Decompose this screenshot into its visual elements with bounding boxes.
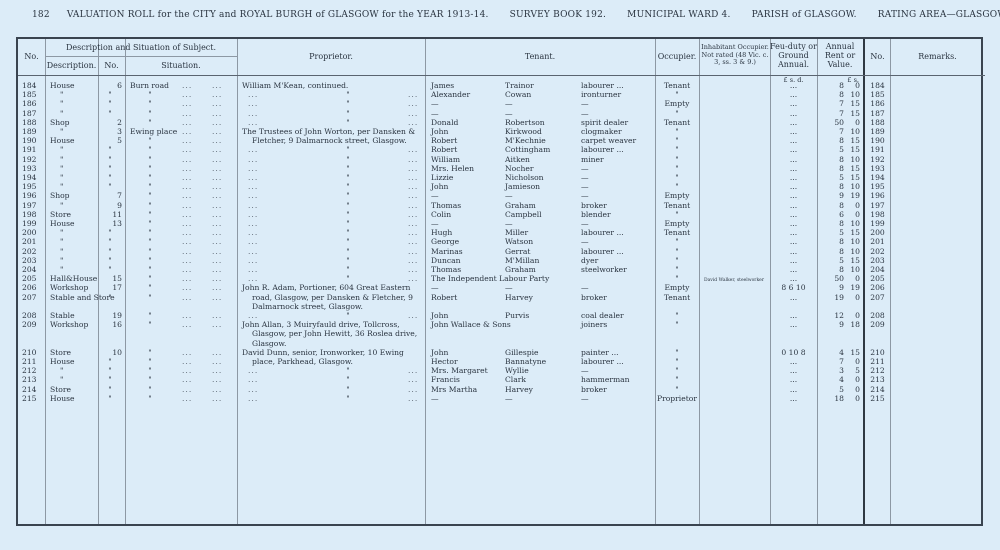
row-number: 201 — [22, 237, 42, 246]
row-number: 190 — [22, 136, 42, 145]
leader-dots: ... — [408, 274, 418, 283]
proprietor-line: John R. Adam, Portioner, 604 Great Easte… — [242, 283, 410, 292]
tenant-surname: Campbell — [505, 210, 542, 219]
tenant-first-name: Lizzie — [431, 173, 453, 182]
proprietor-ditto: " — [338, 201, 358, 210]
rent-shillings: 10 — [844, 237, 860, 246]
rent-shillings: 10 — [844, 155, 860, 164]
street-number: 10 — [98, 348, 122, 357]
feu-duty: ... — [770, 366, 817, 375]
leader-dots: ... — [182, 127, 192, 136]
street-number: " — [98, 155, 122, 164]
feu-duty: ... — [770, 385, 817, 394]
tenant-occupation: — — [581, 219, 589, 228]
street-number: " — [98, 293, 122, 302]
leader-dots: ... — [248, 237, 258, 246]
rent-pounds: 5 — [817, 145, 844, 154]
table-row: 195"""........."...JohnJamieson—"...8101… — [18, 182, 985, 191]
occupier-status: " — [655, 247, 699, 256]
street-number: 9 — [98, 201, 122, 210]
occupier-status: " — [655, 256, 699, 265]
proprietor-ditto: " — [338, 210, 358, 219]
leader-dots: ... — [248, 164, 258, 173]
leader-dots: ... — [182, 320, 192, 329]
rent-pounds: 12 — [817, 311, 844, 320]
leader-dots: ... — [212, 247, 222, 256]
situation: " — [130, 237, 170, 246]
street-number: " — [98, 173, 122, 182]
leader-dots: ... — [248, 99, 258, 108]
leader-dots: ... — [182, 394, 192, 403]
row-number: 214 — [22, 385, 42, 394]
feu-duty: ... — [770, 90, 817, 99]
tenant-surname: Gerrat — [505, 247, 530, 256]
row-number-right: 208 — [865, 311, 890, 320]
occupier-status: " — [655, 274, 699, 283]
leader-dots: ... — [248, 173, 258, 182]
description: " — [50, 109, 98, 118]
leader-dots: ... — [212, 228, 222, 237]
tenant-occupation: labourer ... — [581, 81, 624, 90]
occupier-status: " — [655, 182, 699, 191]
rent-pounds: 3 — [817, 366, 844, 375]
row-number-right: 210 — [865, 348, 890, 357]
tenant-surname: Nocher — [505, 164, 533, 173]
tenant-surname: — — [505, 219, 513, 228]
row-number-right: 202 — [865, 247, 890, 256]
row-number-right: 184 — [865, 81, 890, 90]
row-number: 192 — [22, 155, 42, 164]
row-number: 211 — [22, 357, 42, 366]
rent-pounds: 7 — [817, 109, 844, 118]
tenant-occupation: — — [581, 173, 589, 182]
leader-dots: ... — [182, 136, 192, 145]
roll-title: VALUATION ROLL for the CITY and ROYAL BU… — [67, 10, 489, 20]
leader-dots: ... — [182, 164, 192, 173]
tenant-surname: Cottingham — [505, 145, 550, 154]
situation: " — [130, 311, 170, 320]
street-number: 19 — [98, 311, 122, 320]
row-number-right: 192 — [865, 155, 890, 164]
header-situation: Situation. — [125, 61, 237, 70]
leader-dots: ... — [408, 247, 418, 256]
tenant-first-name: — — [431, 99, 439, 108]
leader-dots: ... — [248, 366, 258, 375]
description: Stable — [50, 311, 98, 320]
street-number: " — [98, 164, 122, 173]
street-number: 13 — [98, 219, 122, 228]
tenant-first-name: Duncan — [431, 256, 461, 265]
rent-shillings: 0 — [844, 311, 860, 320]
proprietor-ditto: " — [338, 164, 358, 173]
row-number: 193 — [22, 164, 42, 173]
page-header: 182 VALUATION ROLL for the CITY and ROYA… — [32, 10, 982, 20]
rent-pounds: 6 — [817, 210, 844, 219]
proprietor-ditto: " — [338, 145, 358, 154]
feu-duty: ... — [770, 394, 817, 403]
row-number-right: 207 — [865, 293, 890, 302]
tenant-surname: Bannatyne — [505, 357, 546, 366]
tenant-first-name: John — [431, 311, 448, 320]
rent-shillings: 5 — [844, 366, 860, 375]
leader-dots: ... — [408, 311, 418, 320]
situation: " — [130, 293, 170, 302]
table-row: 194"""........."...LizzieNicholson—"...5… — [18, 173, 985, 182]
table-row: 188Shop2"........."...DonaldRobertsonspi… — [18, 118, 985, 127]
description: Stable and Store — [50, 293, 98, 302]
tenant-surname: M'Millan — [505, 256, 539, 265]
row-number-right: 198 — [865, 210, 890, 219]
leader-dots: ... — [212, 127, 222, 136]
table-row: 210Store10"......JohnGillespiepainter ..… — [18, 348, 985, 357]
header-occupier: Occupier. — [655, 52, 699, 61]
situation: " — [130, 210, 170, 219]
tenant-surname: — — [505, 283, 513, 292]
tenant-surname: Miller — [505, 228, 528, 237]
rent-shillings: 0 — [844, 274, 860, 283]
street-number: " — [98, 375, 122, 384]
parish: PARISH of GLASGOW. — [752, 10, 857, 20]
row-number-right: 205 — [865, 274, 890, 283]
description: Store — [50, 348, 98, 357]
rent-shillings: 0 — [844, 210, 860, 219]
leader-dots: ... — [212, 311, 222, 320]
leader-dots: ... — [212, 145, 222, 154]
table-row: 215House""........."...———Proprietor...1… — [18, 394, 985, 403]
rent-shillings: 15 — [844, 99, 860, 108]
description: " — [50, 182, 98, 191]
tenant-surname: Purvis — [505, 311, 529, 320]
tenant-first-name: — — [431, 394, 439, 403]
situation: " — [130, 173, 170, 182]
tenant-surname: Trainor — [505, 81, 534, 90]
situation: " — [130, 265, 170, 274]
situation: " — [130, 366, 170, 375]
street-number: " — [98, 385, 122, 394]
rent-shillings: 15 — [844, 109, 860, 118]
rent-shillings: 10 — [844, 127, 860, 136]
occupier-status: Tenant — [655, 81, 699, 90]
tenant-occupation: — — [581, 191, 589, 200]
table-row: 209Workshop16"......John Wallace & Sonsj… — [18, 320, 985, 329]
rent-pounds: 5 — [817, 173, 844, 182]
rent-shillings: 0 — [844, 385, 860, 394]
rent-shillings: 15 — [844, 228, 860, 237]
row-number-right: 195 — [865, 182, 890, 191]
leader-dots: ... — [408, 182, 418, 191]
leader-dots: ... — [212, 136, 222, 145]
street-number: " — [98, 90, 122, 99]
situation: " — [130, 228, 170, 237]
situation: " — [130, 320, 170, 329]
tenant-first-name: William — [431, 155, 460, 164]
occupier-status: " — [655, 173, 699, 182]
description: " — [50, 127, 98, 136]
proprietor-ditto: " — [338, 265, 358, 274]
row-number-right: 204 — [865, 265, 890, 274]
feu-duty: ... — [770, 247, 817, 256]
occupier-status: Tenant — [655, 201, 699, 210]
rent-shillings: 15 — [844, 164, 860, 173]
leader-dots: ... — [212, 357, 222, 366]
leader-dots: ... — [212, 237, 222, 246]
feu-duty: ... — [770, 173, 817, 182]
street-number: 15 — [98, 274, 122, 283]
leader-dots: ... — [408, 237, 418, 246]
feu-duty: ... — [770, 109, 817, 118]
leader-dots: ... — [248, 256, 258, 265]
rent-pounds: 8 — [817, 219, 844, 228]
tenant-first-name: The Independent Labour Party — [431, 274, 549, 283]
tenant-first-name: Donald — [431, 118, 458, 127]
rent-pounds: 7 — [817, 357, 844, 366]
rent-pounds: 8 — [817, 90, 844, 99]
leader-dots: ... — [182, 191, 192, 200]
proprietor-line: Dalmarnock street, Glasgow. — [242, 302, 422, 311]
tenant-occupation: blender — [581, 210, 611, 219]
row-number: 206 — [22, 283, 42, 292]
tenant-occupation: — — [581, 366, 589, 375]
page-number: 182 — [32, 10, 50, 20]
tenant-surname: Wyllie — [505, 366, 529, 375]
occupier-status: Empty — [655, 283, 699, 292]
row-number-right: 191 — [865, 145, 890, 154]
row-number: 209 — [22, 320, 42, 329]
occupier-status: " — [655, 375, 699, 384]
row-number: 203 — [22, 256, 42, 265]
tenant-occupation: labourer ... — [581, 247, 624, 256]
proprietor-entry: The Trustees of John Worton, per Dansken… — [242, 127, 422, 145]
rent-pounds: 8 — [817, 265, 844, 274]
row-number: 210 — [22, 348, 42, 357]
proprietor-line: William M'Kean, continued. — [242, 81, 348, 90]
tenant-surname: Robertson — [505, 118, 545, 127]
feu-duty: ... — [770, 265, 817, 274]
rent-pounds: 8 — [817, 81, 844, 90]
description: Store — [50, 210, 98, 219]
leader-dots: ... — [408, 228, 418, 237]
occupier-status: " — [655, 164, 699, 173]
situation: " — [130, 219, 170, 228]
situation: " — [130, 274, 170, 283]
description: " — [50, 228, 98, 237]
header-rule — [45, 56, 237, 57]
leader-dots: ... — [248, 201, 258, 210]
leader-dots: ... — [212, 366, 222, 375]
description: " — [50, 90, 98, 99]
leader-dots: ... — [408, 118, 418, 127]
leader-dots: ... — [182, 118, 192, 127]
rent-pounds: 4 — [817, 348, 844, 357]
tenant-first-name: Thomas — [431, 201, 461, 210]
leader-dots: ... — [212, 348, 222, 357]
rent-pounds: 8 — [817, 155, 844, 164]
leader-dots: ... — [408, 145, 418, 154]
municipal-ward: MUNICIPAL WARD 4. — [627, 10, 730, 20]
row-number: 199 — [22, 219, 42, 228]
row-number-right: 199 — [865, 219, 890, 228]
leader-dots: ... — [248, 274, 258, 283]
header-no-right: No. — [865, 52, 890, 61]
tenant-surname: Clark — [505, 375, 526, 384]
description: " — [50, 375, 98, 384]
row-number: 189 — [22, 127, 42, 136]
tenant-occupation: — — [581, 99, 589, 108]
row-number: 188 — [22, 118, 42, 127]
table-row: 214Store""........."...Mrs MarthaHarveyb… — [18, 385, 985, 394]
rent-shillings: 0 — [844, 394, 860, 403]
table-row: 186"""........."...———Empty...715186 — [18, 99, 985, 108]
table-row: 206Workshop17"......———Empty8 6 10919206 — [18, 283, 985, 292]
table-row: 208Stable19"........."...JohnPurviscoal … — [18, 311, 985, 320]
feu-duty: ... — [770, 375, 817, 384]
tenant-occupation: dyer — [581, 256, 598, 265]
leader-dots: ... — [248, 90, 258, 99]
leader-dots: ... — [248, 265, 258, 274]
description: " — [50, 99, 98, 108]
tenant-occupation: — — [581, 237, 589, 246]
situation: " — [130, 136, 170, 145]
table-row: 190House5"......RobertM'Kechniecarpet we… — [18, 136, 985, 145]
row-number: 195 — [22, 182, 42, 191]
leader-dots: ... — [212, 99, 222, 108]
tenant-first-name: Alexander — [431, 90, 470, 99]
feu-duty: ... — [770, 256, 817, 265]
header-inhabitant-occupier: Inhabitant Occupier. Not rated (48 Vic. … — [700, 44, 770, 67]
rent-pounds: 5 — [817, 385, 844, 394]
tenant-surname: Harvey — [505, 293, 533, 302]
rent-shillings: 0 — [844, 118, 860, 127]
proprietor-ditto: " — [338, 237, 358, 246]
row-number-right: 213 — [865, 375, 890, 384]
row-number-right: 206 — [865, 283, 890, 292]
rent-pounds: 5 — [817, 256, 844, 265]
tenant-surname: Nicholson — [505, 173, 544, 182]
situation: " — [130, 118, 170, 127]
header-description: Description. — [45, 61, 98, 70]
tenant-occupation: broker — [581, 201, 607, 210]
leader-dots: ... — [182, 201, 192, 210]
rent-pounds: 19 — [817, 293, 844, 302]
row-number-right: 209 — [865, 320, 890, 329]
leader-dots: ... — [248, 219, 258, 228]
feu-duty: ... — [770, 164, 817, 173]
table-row: 198Store11"........."...ColinCampbellble… — [18, 210, 985, 219]
occupier-status: " — [655, 357, 699, 366]
row-number-right: 188 — [865, 118, 890, 127]
leader-dots: ... — [408, 155, 418, 164]
occupier-status: " — [655, 90, 699, 99]
leader-dots: ... — [408, 219, 418, 228]
proprietor-ditto: " — [338, 256, 358, 265]
tenant-occupation: — — [581, 109, 589, 118]
description: " — [50, 237, 98, 246]
rent-shillings: 10 — [844, 182, 860, 191]
rent-pounds: 8 — [817, 164, 844, 173]
table-row: 197"9"........."...ThomasGrahambrokerTen… — [18, 201, 985, 210]
leader-dots: ... — [182, 311, 192, 320]
leader-dots: ... — [182, 81, 192, 90]
tenant-first-name: — — [431, 109, 439, 118]
description: House — [50, 219, 98, 228]
situation: " — [130, 155, 170, 164]
situation: " — [130, 90, 170, 99]
feu-duty: ... — [770, 311, 817, 320]
leader-dots: ... — [182, 385, 192, 394]
rent-shillings: 15 — [844, 136, 860, 145]
occupier-status: Empty — [655, 99, 699, 108]
row-number: 194 — [22, 173, 42, 182]
occupier-status: Tenant — [655, 118, 699, 127]
leader-dots: ... — [408, 256, 418, 265]
table-row: 213"""........."...FrancisClarkhammerman… — [18, 375, 985, 384]
leader-dots: ... — [408, 265, 418, 274]
row-number: 185 — [22, 90, 42, 99]
row-number: 187 — [22, 109, 42, 118]
tenant-first-name: Marinas — [431, 247, 463, 256]
feu-duty: 8 6 10 — [770, 283, 817, 292]
tenant-surname: — — [505, 191, 513, 200]
street-number: 7 — [98, 191, 122, 200]
feu-duty: ... — [770, 210, 817, 219]
proprietor-line: place, Parkhead, Glasgow. — [242, 357, 422, 366]
occupier-status: " — [655, 145, 699, 154]
rent-pounds: 18 — [817, 394, 844, 403]
row-number: 202 — [22, 247, 42, 256]
rent-shillings: 0 — [844, 81, 860, 90]
row-number-right: 186 — [865, 99, 890, 108]
table-row: 211House""......HectorBannatynelabourer … — [18, 357, 985, 366]
leader-dots: ... — [248, 191, 258, 200]
street-number: " — [98, 109, 122, 118]
description: House — [50, 394, 98, 403]
leader-dots: ... — [408, 173, 418, 182]
occupier-status: Proprietor — [655, 394, 699, 403]
proprietor-line: John Allan, 3 Muiryfauld drive, Tollcros… — [242, 320, 400, 329]
tenant-first-name: John — [431, 182, 448, 191]
leader-dots: ... — [212, 394, 222, 403]
rent-pounds: 4 — [817, 375, 844, 384]
rent-shillings: 18 — [844, 320, 860, 329]
row-number-right: 196 — [865, 191, 890, 200]
description: " — [50, 173, 98, 182]
occupier-status: " — [655, 210, 699, 219]
rent-pounds: 5 — [817, 228, 844, 237]
situation: " — [130, 182, 170, 191]
header-number: No. — [98, 61, 125, 70]
description: Hall&House — [50, 274, 98, 283]
tenant-first-name: Colin — [431, 210, 451, 219]
tenant-first-name: Thomas — [431, 265, 461, 274]
feu-duty: ... — [770, 201, 817, 210]
rent-pounds: 8 — [817, 201, 844, 210]
tenant-occupation: ironturner — [581, 90, 621, 99]
description: " — [50, 265, 98, 274]
leader-dots: ... — [212, 385, 222, 394]
street-number: 2 — [98, 118, 122, 127]
tenant-occupation: — — [581, 164, 589, 173]
survey-book: SURVEY BOOK 192. — [510, 10, 606, 20]
tenant-occupation: hammerman — [581, 375, 630, 384]
leader-dots: ... — [182, 265, 192, 274]
tenant-occupation: spirit dealer — [581, 118, 628, 127]
header-proprietor: Proprietor. — [237, 52, 425, 61]
tenant-occupation: clogmaker — [581, 127, 622, 136]
row-number-right: 214 — [865, 385, 890, 394]
occupier-status: " — [655, 109, 699, 118]
row-number-right: 215 — [865, 394, 890, 403]
tenant-surname: — — [505, 99, 513, 108]
